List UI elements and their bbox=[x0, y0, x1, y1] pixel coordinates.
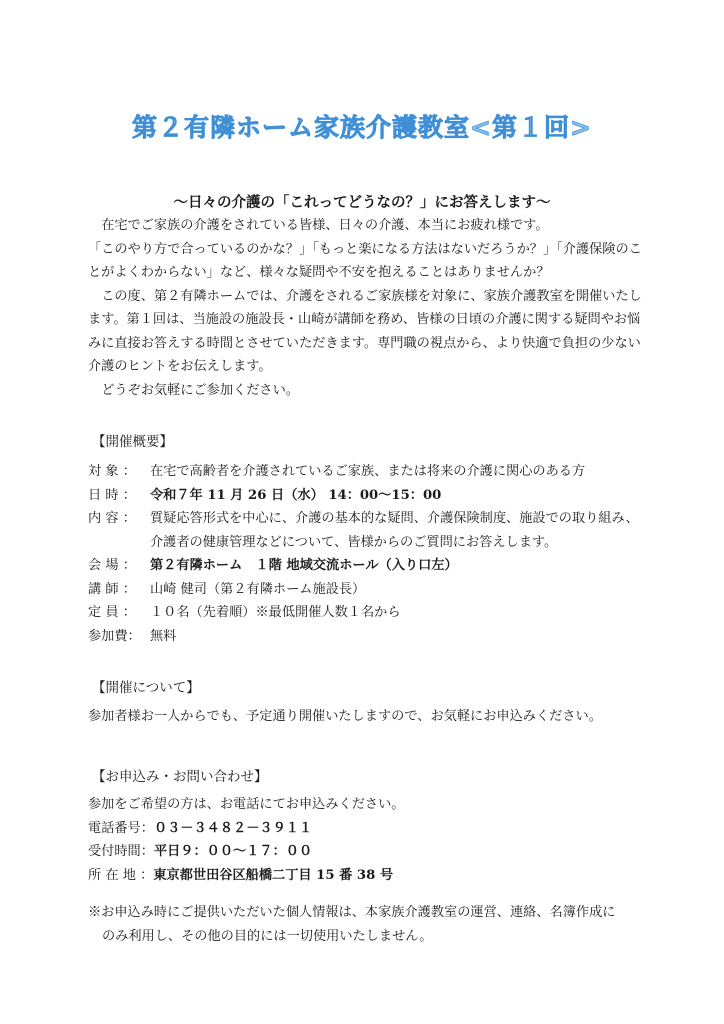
overview-label: 参加費： bbox=[88, 625, 150, 649]
contact-hours-row: 受付時間： 平日９：００〜１７：００ bbox=[88, 840, 648, 864]
hours-label: 受付時間： bbox=[88, 840, 154, 864]
privacy-note-line-1: ※お申込み時にご提供いただいた個人情報は、本家族介護教室の運営、連絡、名簿作成に bbox=[88, 901, 688, 925]
contact-address-row: 所 在 地 ： 東京都世田谷区船橋二丁目 15 番 38 号 bbox=[88, 864, 648, 888]
overview-label: 日 時 ： bbox=[88, 484, 150, 508]
overview-value: 令和７年 11 月 26 日（水） 14：00〜15：00 bbox=[150, 484, 648, 508]
overview-fee: 参加費： 無料 bbox=[88, 625, 648, 649]
overview-label: 対 象 ： bbox=[88, 460, 150, 484]
overview-heading: 【開催概要】 bbox=[92, 430, 173, 450]
address-value: 東京都世田谷区船橋二丁目 15 番 38 号 bbox=[153, 864, 393, 888]
about-text: 参加者様お一人からでも、予定通り開催いたしますので、お気軽にお申込みください。 bbox=[88, 705, 688, 729]
phone-number: ０３－３４８２－３９１１ bbox=[154, 817, 312, 841]
overview-value: 山崎 健司（第２有隣ホーム施設長） bbox=[150, 578, 648, 602]
overview-content: 内 容 ： 質疑応答形式を中心に、介護の基本的な疑問、介護保険制度、施設での取り… bbox=[88, 507, 648, 554]
intro-paragraph-4: どうぞお気軽にご参加ください。 bbox=[88, 379, 648, 403]
phone-label: 電話番号： bbox=[88, 817, 154, 841]
overview-value: 第２有隣ホーム １階 地域交流ホール（入り口左） bbox=[150, 554, 648, 578]
privacy-note: ※お申込み時にご提供いただいた個人情報は、本家族介護教室の運営、連絡、名簿作成に… bbox=[88, 901, 688, 948]
overview-label: 講 師 ： bbox=[88, 578, 150, 602]
overview-value: 質疑応答形式を中心に、介護の基本的な疑問、介護保険制度、施設での取り組み、介護者… bbox=[150, 507, 648, 554]
intro-paragraph-3: この度、第２有隣ホームでは、介護をされるご家族様を対象に、家族介護教室を開催いた… bbox=[88, 285, 648, 379]
overview-value: １０名（先着順）※最低開催人数１名から bbox=[150, 601, 648, 625]
about-heading: 【開催について】 bbox=[92, 676, 200, 696]
overview-datetime: 日 時 ： 令和７年 11 月 26 日（水） 14：00〜15：00 bbox=[88, 484, 648, 508]
overview-value: 無料 bbox=[150, 625, 648, 649]
overview-lecturer: 講 師 ： 山崎 健司（第２有隣ホーム施設長） bbox=[88, 578, 648, 602]
intro-paragraph-1: 在宅でご家族の介護をされている皆様、日々の介護、本当にお疲れ様です。 bbox=[88, 214, 648, 238]
overview-capacity: 定 員 ： １０名（先着順）※最低開催人数１名から bbox=[88, 601, 648, 625]
overview-label: 会 場 ： bbox=[88, 554, 150, 578]
address-label: 所 在 地 ： bbox=[88, 864, 153, 888]
contact-section: 参加をご希望の方は、お電話にてお申込みください。 電話番号： ０３－３４８２－３… bbox=[88, 793, 648, 887]
hours-value: 平日９：００〜１７：００ bbox=[154, 840, 312, 864]
contact-heading: 【お申込み・お問い合わせ】 bbox=[92, 765, 268, 785]
overview-venue: 会 場 ： 第２有隣ホーム １階 地域交流ホール（入り口左） bbox=[88, 554, 648, 578]
overview-label: 内 容 ： bbox=[88, 507, 150, 554]
page-title: 第２有隣ホーム家族介護教室<第１回> bbox=[0, 108, 724, 144]
intro-paragraph-2: 「このやり方で合っているのかな？」「もっと楽になる方法はないだろうか？」「介護保… bbox=[88, 238, 648, 285]
overview-list: 対 象 ： 在宅で高齢者を介護されているご家族、または将来の介護に関心のある方 … bbox=[88, 460, 648, 648]
overview-value: 在宅で高齢者を介護されているご家族、または将来の介護に関心のある方 bbox=[150, 460, 648, 484]
contact-lead: 参加をご希望の方は、お電話にてお申込みください。 bbox=[88, 793, 648, 817]
privacy-note-line-2: のみ利用し、その他の目的には一切使用いたしません。 bbox=[88, 925, 688, 949]
overview-label: 定 員 ： bbox=[88, 601, 150, 625]
contact-phone-row: 電話番号： ０３－３４８２－３９１１ bbox=[88, 817, 648, 841]
overview-target: 対 象 ： 在宅で高齢者を介護されているご家族、または将来の介護に関心のある方 bbox=[88, 460, 648, 484]
intro-section: 在宅でご家族の介護をされている皆様、日々の介護、本当にお疲れ様です。 「このやり… bbox=[88, 214, 648, 402]
subtitle: 〜日々の介護の「これってどうなの？」にお答えします〜 bbox=[0, 191, 724, 212]
